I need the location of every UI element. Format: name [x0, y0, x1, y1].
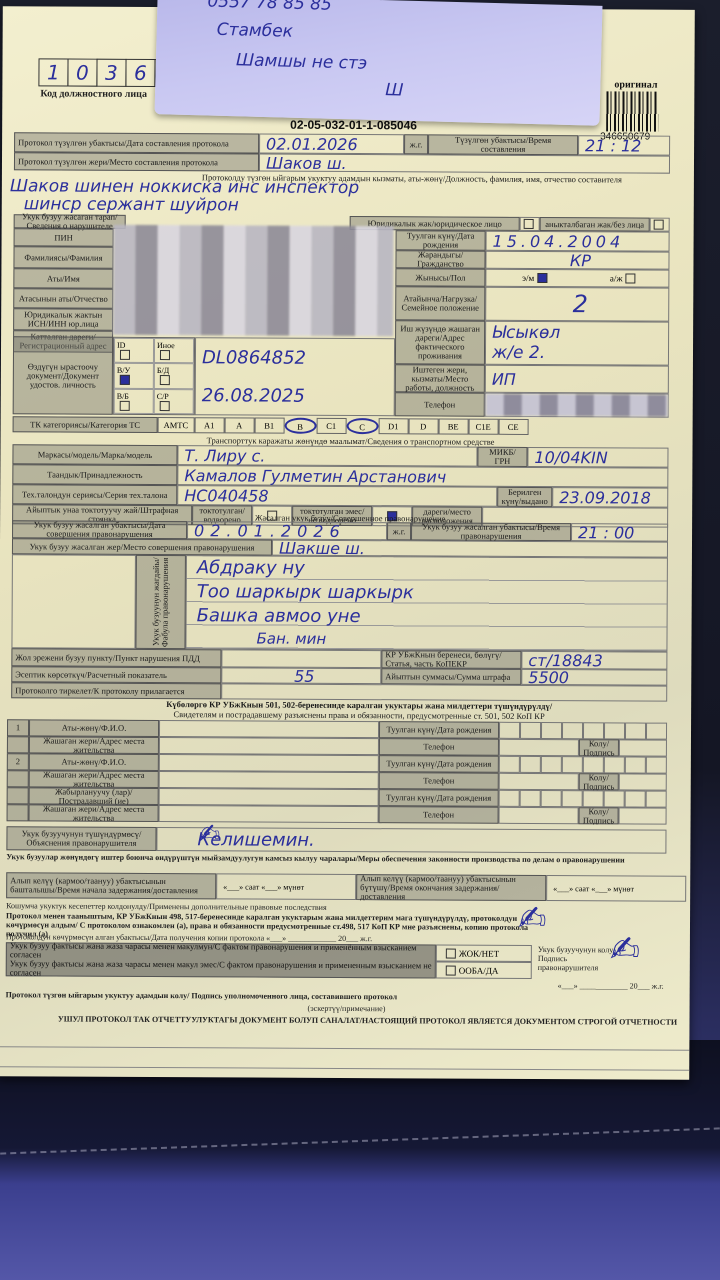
- category-option[interactable]: C1: [316, 418, 346, 434]
- gender-male-checkbox[interactable]: [537, 273, 547, 283]
- witness-phone-value[interactable]: [499, 807, 579, 824]
- actual-address-label: Иш жүзүндө жашаган дареги/Адрес фактичес…: [395, 320, 485, 364]
- witness-phone-value[interactable]: [499, 773, 579, 790]
- officer-signature-date: «___» ____________ 20___ ж.г.: [558, 981, 664, 991]
- option-yes[interactable]: ООБА/ДА: [436, 961, 532, 979]
- id-doc-number: DL0864852: [202, 347, 306, 369]
- family-value: 2: [485, 287, 669, 322]
- date-digit-box[interactable]: [625, 790, 646, 807]
- witness-index: [7, 804, 29, 821]
- date-digit-box[interactable]: [646, 791, 667, 808]
- plate-value: 10/04KIN: [527, 447, 668, 468]
- code-digit: 3: [96, 59, 126, 87]
- witness-signature-label: Колу/Подпись: [579, 807, 619, 824]
- officer-code-label: Код должностного лица: [40, 88, 147, 100]
- date-digit-box[interactable]: [604, 722, 625, 739]
- calc-value: 55: [221, 667, 381, 684]
- offender-labels: ПИН Фамилиясы/Фамилия Аты/Имя Атасынын а…: [13, 228, 114, 353]
- id-type-checkbox[interactable]: [120, 350, 130, 360]
- citizenship-label: Жарандыгы/Гражданство: [395, 250, 485, 268]
- witness-field-label: Аты-жөнү/Ф.И.О.: [29, 753, 159, 771]
- calc-label: Эсептик көрсөткүч/Расчетный показатель: [11, 666, 221, 683]
- detention-start-value[interactable]: «___» саат «___» мүнөт: [216, 873, 356, 900]
- date-digit-box[interactable]: [520, 722, 541, 739]
- military-id-checkbox[interactable]: [120, 401, 130, 411]
- name-label: Аты/Имя: [13, 268, 113, 289]
- protocol-date-label: Протокол түзүлгөн убактысы/Дата составле…: [14, 132, 259, 153]
- rule-point-label: Жол эрежени бузуу пункту/Пункт нарушения…: [11, 648, 221, 667]
- plot-text: Абдраку ну Тоо шаркырк шаркырк Башка авм…: [185, 555, 667, 652]
- tech-passport-label: Тех.талондун сериясы/Серия тех.талона: [12, 484, 177, 505]
- witness-index: [7, 770, 29, 787]
- driver-license-checkbox[interactable]: [120, 375, 130, 385]
- category-option[interactable]: A: [224, 417, 254, 433]
- owner-value: Камалов Гулметин Арстанович: [177, 465, 668, 488]
- date-digit-box[interactable]: [604, 756, 625, 773]
- witness-signature-value[interactable]: [619, 773, 667, 790]
- work-label: Иштеген жери, кызматы/Место работы, долж…: [395, 364, 485, 392]
- date-digit-box[interactable]: [499, 790, 520, 807]
- year-suffix: ж.г.: [404, 134, 428, 154]
- owner-label: Таандык/Принадлежность: [12, 464, 177, 485]
- offense-year-suffix: ж.г.: [387, 522, 411, 540]
- remarks-label: (эскертүү/примечание): [308, 1004, 386, 1013]
- category-option[interactable]: BE: [438, 418, 468, 434]
- offender-signature-mark-1: ✍: [198, 819, 220, 849]
- redacted-phone: [486, 394, 668, 417]
- category-option[interactable]: D1: [378, 418, 408, 434]
- category-option[interactable]: C: [346, 418, 378, 434]
- plate-label: МИКБ/ГРН: [477, 447, 527, 467]
- witness-field-value[interactable]: [159, 805, 379, 823]
- patronymic-label: Атасынын аты/Отчество: [13, 288, 113, 309]
- redacted-personal-data: [113, 225, 394, 336]
- attachment-label: Протоколго тиркелет/К протоколу прилагае…: [11, 682, 221, 699]
- pin-label: ПИН: [14, 228, 114, 247]
- witness-field-label: Жабырлануучу (лар)/Пострадавший (ие): [29, 787, 159, 805]
- witness-field-value[interactable]: [159, 720, 379, 738]
- explanation-value: Келишемин.: [156, 827, 666, 854]
- offender-signature-mark-2: ✍: [518, 899, 547, 939]
- offense-date-label: Укук бузуу жасалган убактысы/Дата соверш…: [12, 520, 187, 539]
- witness-right-label: Телефон: [379, 772, 499, 790]
- offense-place-label: Укук бузуу жасалган жер/Место совершения…: [12, 538, 272, 555]
- not-identified-label: аныкталбаган жак/без лица: [540, 217, 650, 232]
- witness-right-label: Туулган күнү/Дата рождения: [379, 755, 499, 773]
- note-text: Шамшы не стэ: [236, 50, 368, 73]
- make-value: Т. Лиру с.: [177, 445, 477, 467]
- detention-start-label: Алып келүү (кармоо/таануу) убактысынын б…: [6, 872, 216, 899]
- birth-date-value: 15.04.2004: [486, 231, 670, 252]
- citizenship-value: КР: [485, 251, 669, 270]
- witness-right-label: Туулган күнү/Дата рождения: [379, 789, 499, 807]
- note-name: Стамбек: [216, 20, 293, 42]
- category-option[interactable]: CE: [498, 419, 528, 435]
- witness-field-label: Жашаган жери/Адрес места жительства: [29, 804, 159, 822]
- date-digit-box[interactable]: [625, 722, 646, 739]
- witness-field-label: Жашаган жери/Адрес места жительства: [29, 770, 159, 788]
- witness-right-label: Телефон: [379, 806, 499, 824]
- offender-signature-label: Укук бузуучунун колу/Подпись правонаруши…: [538, 945, 618, 972]
- actual-address-line2: ж/е 2.: [492, 343, 545, 363]
- actual-address-line1: Ысыкөл: [492, 323, 560, 343]
- article-label: КР УБжКнын беренеси, бөлүгү/Статья, част…: [381, 650, 521, 669]
- date-digit-box[interactable]: [562, 722, 583, 739]
- witness-field-value[interactable]: [159, 788, 379, 806]
- protocol-time-value: 21 : 12: [578, 135, 670, 155]
- option-no[interactable]: ЖОК/НЕТ: [436, 944, 532, 962]
- witness-birth-boxes[interactable]: [499, 722, 667, 740]
- strict-reporting-footer: УШУЛ ПРОТОКОЛ ТАК ОТЧЕТТУУЛУКТАГЫ ДОКУМЕ…: [57, 1014, 677, 1026]
- category-option[interactable]: B1: [254, 418, 284, 434]
- witness-birth-boxes[interactable]: [499, 790, 667, 808]
- witness-field-value[interactable]: [159, 771, 379, 789]
- witness-row: Жашаган жери/Адрес места жительстваТелеф…: [7, 804, 667, 824]
- code-digit: 0: [67, 59, 97, 87]
- witness-index: [7, 787, 29, 804]
- date-digit-box[interactable]: [604, 790, 625, 807]
- witness-field-label: Аты-жөнү/Ф.И.О.: [29, 719, 159, 737]
- witness-index: 2: [7, 753, 29, 770]
- id-doc-date: 26.08.2025: [202, 385, 305, 407]
- protocol-place-value: Шаков ш.: [259, 154, 670, 174]
- witness-index: [7, 736, 29, 753]
- witness-signature-label: Колу/Подпись: [579, 773, 619, 790]
- legal-inn-label: Юридикалык жактын ИСН/ИНН юр.лица: [13, 308, 113, 331]
- gender-female-checkbox[interactable]: [626, 274, 636, 284]
- phone-label: Телефон: [395, 392, 485, 416]
- measures-title: Укук бузуулар жөнүндөгү иштер боюнча өнд…: [6, 852, 686, 865]
- surname-label: Фамилиясы/Фамилия: [13, 246, 113, 269]
- sr-type-checkbox[interactable]: [160, 401, 170, 411]
- witness-signature-value[interactable]: [619, 739, 667, 756]
- date-digit-box[interactable]: [541, 790, 562, 807]
- category-option[interactable]: B: [284, 418, 316, 434]
- witness-phone-value[interactable]: [499, 739, 579, 756]
- date-digit-box[interactable]: [541, 722, 562, 739]
- date-digit-box[interactable]: [520, 756, 541, 773]
- witness-field-value[interactable]: [159, 754, 379, 772]
- code-digit: 6: [125, 59, 155, 87]
- category-list: AMTCA1AB1BC1CD1DBEC1ECE: [158, 417, 529, 435]
- date-digit-box[interactable]: [646, 757, 667, 774]
- date-digit-box[interactable]: [520, 790, 541, 807]
- make-label: Маркасы/модель/Марка/модель: [12, 444, 177, 465]
- category-option[interactable]: C1E: [468, 419, 498, 435]
- protocol-date-value: 02.01.2026: [259, 134, 404, 155]
- witness-signature-value[interactable]: [619, 807, 667, 824]
- offender-right-fields: Туулган күнү/Дата рождения 15.04.2004 Жа…: [395, 230, 670, 417]
- gender-male-option[interactable]: э/м: [522, 272, 550, 283]
- date-digit-box[interactable]: [562, 756, 583, 773]
- protocol-time-label: Түзүлгөн убактысы/Время составления: [428, 134, 578, 155]
- bd-type-checkbox[interactable]: [160, 376, 170, 386]
- witness-birth-boxes[interactable]: [499, 756, 667, 774]
- id-document-row: Өздүгүн ырастоочу документ/Документ удос…: [13, 336, 395, 416]
- protocol-place-label: Протокол түзүлгөн жери/Место составления…: [14, 152, 259, 171]
- not-identified-checkbox[interactable]: [654, 220, 664, 230]
- work-value: ИП: [485, 365, 669, 394]
- witness-field-label: Жашаган жери/Адрес места жительства: [29, 736, 159, 754]
- plot-label: Укук бузуунун жагдайы/Фабула правонаруше…: [135, 555, 185, 649]
- witness-right-label: Телефон: [379, 738, 499, 756]
- disagree-fact-label: Укук бузуу фактысы жана жаза чарасы мене…: [10, 959, 432, 979]
- category-option[interactable]: AMTC: [158, 417, 195, 433]
- category-option[interactable]: D: [408, 418, 438, 434]
- category-option[interactable]: A1: [194, 417, 224, 433]
- date-digit-box[interactable]: [646, 723, 667, 740]
- issued-label: Берилген күнү/выдано: [497, 487, 552, 507]
- date-digit-box[interactable]: [499, 756, 520, 773]
- copy-type-label: оригинал: [614, 79, 657, 90]
- date-digit-box[interactable]: [583, 756, 604, 773]
- witness-table: 1Аты-жөнү/Ф.И.О.Туулган күнү/Дата рожден…: [7, 719, 668, 824]
- protocol-form: 1 0 3 6 3 Код должностного лица 02-05-03…: [0, 6, 695, 1080]
- code-digit: 1: [38, 58, 68, 86]
- sticky-note: 0557 78 85 85 Стамбек Шамшы не стэ Ш: [155, 0, 603, 126]
- protocol-place-row: Протокол түзүлгөн жери/Место составления…: [14, 152, 670, 173]
- gender-female-option[interactable]: а/ж: [610, 273, 639, 284]
- birth-date-label: Туулган күнү/Дата рождения: [396, 230, 486, 250]
- issued-value: 23.09.2018: [552, 487, 668, 508]
- date-digit-box[interactable]: [541, 756, 562, 773]
- id-doc-label: Өздүгүн ырастоочу документ/Документ удос…: [13, 336, 113, 415]
- gender-label: Жынысы/Пол: [395, 268, 485, 286]
- date-digit-box[interactable]: [625, 756, 646, 773]
- date-digit-box[interactable]: [562, 790, 583, 807]
- other-type-checkbox[interactable]: [160, 350, 170, 360]
- id-doc-types: ID Иное В/У Б/Д В/Б С/Р: [113, 337, 195, 415]
- note-phone: 0557 78 85 85: [207, 0, 332, 15]
- detention-end-value[interactable]: «___» саат «___» мүнөт: [546, 875, 686, 902]
- offender-section-label: Укук бузуу жасаган тарап/Сведения о нару…: [14, 214, 126, 229]
- fine-label: Айыптын суммасы/Сумма штрафа: [381, 668, 521, 685]
- barcode-icon: [606, 91, 658, 131]
- explanation-label: Укук бузуучунун түшүндүрмөсү/Объяснения …: [6, 826, 156, 851]
- note-signature: Ш: [385, 80, 404, 100]
- witness-signature-label: Колу/Подпись: [579, 739, 619, 756]
- detention-end-label: Алып келүү (кармоо/таануу) убактысынын б…: [356, 874, 546, 901]
- officer-signature-label: Протокол түзгөн ыйгарым укуктуу адамдын …: [6, 990, 446, 1001]
- fine-value: 5500: [521, 669, 667, 686]
- category-label: ТК категориясы/Категория ТС: [13, 416, 158, 433]
- vehicle-category-row: ТК категориясы/Категория ТС AMTCA1AB1BC1…: [13, 416, 669, 435]
- date-digit-box[interactable]: [583, 790, 604, 807]
- witness-index: 1: [7, 719, 29, 736]
- date-digit-box[interactable]: [583, 722, 604, 739]
- witness-field-value[interactable]: [159, 737, 379, 755]
- offense-time-label: Укук бузуу жасалган убактысы/Время право…: [411, 522, 571, 541]
- offense-time-value: 21 : 00: [571, 523, 668, 542]
- offender-signature: ✍: [610, 929, 640, 970]
- tech-passport-value: HC040458: [177, 485, 497, 507]
- family-label: Атайынча/Нагрузка/Семейное положение: [395, 286, 485, 320]
- witness-right-label: Туулган күнү/Дата рождения: [379, 721, 499, 739]
- legal-entity-checkbox[interactable]: [524, 219, 534, 229]
- date-digit-box[interactable]: [499, 722, 520, 739]
